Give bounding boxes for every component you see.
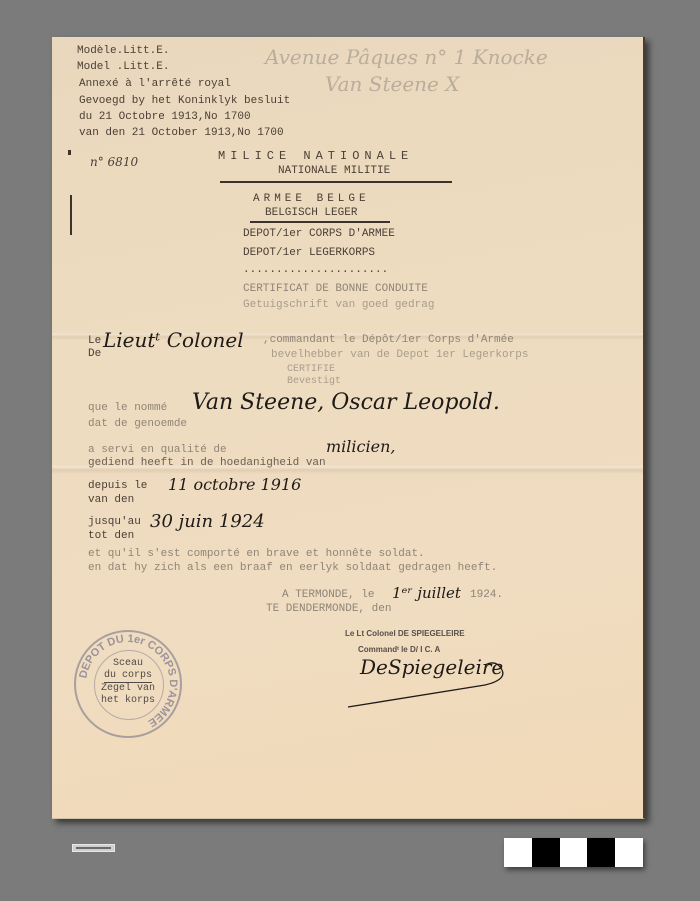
jusqu-nl: tot den: [88, 530, 134, 543]
certificate-title-nl: Getuigschrift van goed gedrag: [243, 299, 434, 312]
scale-segment-4: [587, 838, 615, 867]
conduct-nl: en dat hy zich als een braaf en eerlyk s…: [88, 562, 497, 575]
from-date-handwritten: 11 octobre 1916: [168, 475, 301, 494]
place-nl: TE DENDERMONDE, den: [266, 603, 391, 616]
year: 1924.: [470, 589, 503, 602]
rank-handwritten: Lieutᵗ Colonel: [103, 328, 244, 352]
name-handwritten: Van Steene, Oscar Leopold.: [192, 390, 500, 415]
color-scale-bar: [504, 838, 643, 867]
header-line-5: du 21 Octobre 1913,No 1700: [79, 111, 251, 124]
commandant-fr: ,commandant le Dépôt/1er Corps d'Armée: [263, 334, 514, 347]
scale-segment-1: [504, 838, 532, 867]
army-rule: [250, 221, 390, 223]
margin-mark-dot: [68, 150, 71, 155]
pencil-note-line-2: Van Steene X: [325, 72, 460, 96]
signature-flourish: [345, 655, 515, 715]
header-line-1: Modèle.Litt.E.: [77, 45, 169, 58]
catalog-label: [72, 844, 115, 852]
scale-segment-3: [560, 838, 588, 867]
depuis-nl: van den: [88, 494, 134, 507]
official-stamp: DEPOT DU 1er CORPS D'ARMEE Sceau du corp…: [74, 630, 182, 738]
to-date-handwritten: 30 juin 1924: [150, 511, 265, 532]
stamp-line-4: het korps: [76, 695, 180, 707]
army-nl: BELGISCH LEGER: [265, 207, 357, 220]
signatory-name: Le Lt Colonel DE SPIEGELEIRE: [345, 627, 465, 640]
scale-segment-5: [615, 838, 643, 867]
title-fr: MILICE NATIONALE: [218, 150, 413, 163]
file-number: n° 6810: [90, 155, 138, 169]
stamp-line-3: Zegel van: [76, 683, 180, 695]
stamp-line-2: du corps: [104, 670, 152, 683]
servi-fr: a servi en qualité de: [88, 444, 227, 457]
jusqu-fr: jusqu'au: [88, 516, 141, 529]
depot-fr: DEPOT/1er CORPS D'ARMEE: [243, 228, 395, 241]
que-fr: que le nommé: [88, 402, 167, 415]
army-fr: ARMEE BELGE: [253, 193, 370, 206]
stamp-line-1: Sceau: [76, 658, 180, 670]
pencil-note-line-1: Avenue Pâques n° 1 Knocke: [265, 45, 548, 69]
que-nl: dat de genoemde: [88, 418, 187, 431]
header-line-4: Gevoegd by het Koninklyk besluit: [79, 95, 290, 108]
title-rule: [220, 181, 452, 183]
certifie-nl: Bevestigt: [287, 375, 341, 388]
day-handwritten: 1ᵉʳ juillet: [392, 584, 461, 602]
margin-mark-line: [70, 195, 72, 235]
servi-nl: gediend heeft in de hoedanigheid van: [88, 457, 326, 470]
dots-separator: ......................: [243, 264, 388, 277]
title-nl: NATIONALE MILITIE: [278, 165, 390, 178]
depot-nl: DEPOT/1er LEGERKORPS: [243, 247, 375, 260]
commandant-nl: bevelhebber van de Depot 1er Legerkorps: [271, 349, 528, 362]
le-label-fr: Le: [88, 335, 101, 348]
place-fr: A TERMONDE, le: [282, 589, 374, 602]
le-label-nl: De: [88, 348, 101, 361]
header-line-3: Annexé à l'arrêté royal: [79, 78, 231, 91]
depuis-fr: depuis le: [88, 480, 147, 493]
header-line-6: van den 21 October 1913,No 1700: [79, 127, 284, 140]
stamp-center-text: Sceau du corps Zegel van het korps: [76, 658, 180, 707]
scale-segment-2: [532, 838, 560, 867]
quality-handwritten: milicien,: [326, 437, 395, 456]
header-line-2: Model .Litt.E.: [77, 61, 169, 74]
conduct-fr: et qu'il s'est comporté en brave et honn…: [88, 548, 425, 561]
certificate-title-fr: CERTIFICAT DE BONNE CONDUITE: [243, 283, 428, 296]
